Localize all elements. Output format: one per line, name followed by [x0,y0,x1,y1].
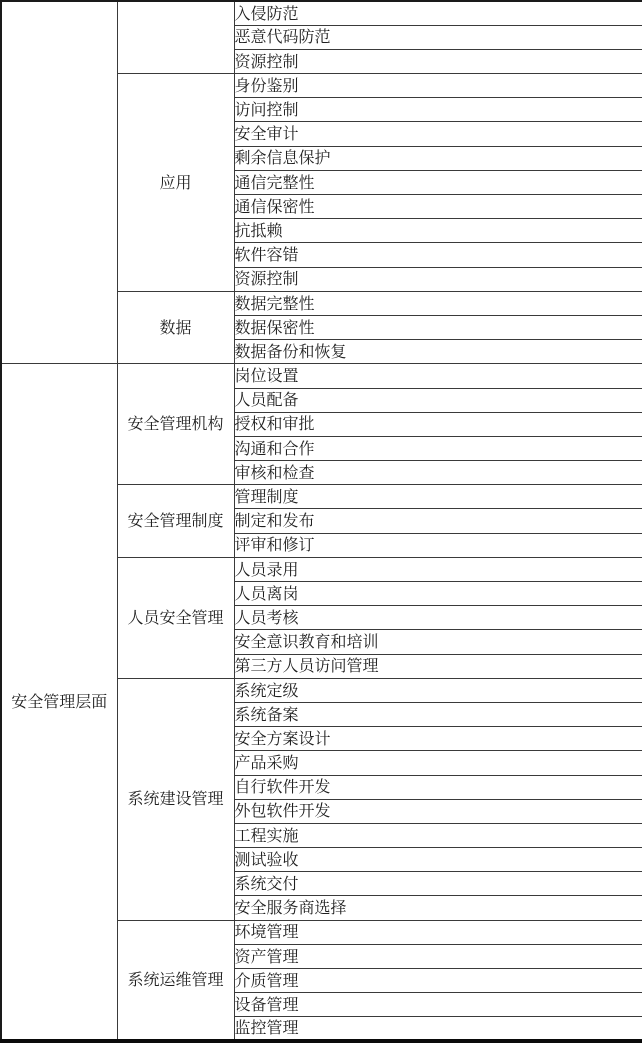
item-cell: 系统定级 [234,678,642,702]
item-cell: 人员录用 [234,557,642,581]
group-cell-construction: 系统建设管理 [117,678,234,920]
item-cell: 制定和发布 [234,509,642,533]
group-cell-application: 应用 [117,74,234,292]
item-cell: 数据保密性 [234,315,642,339]
group-cell-personnel: 人员安全管理 [117,557,234,678]
item-cell: 软件容错 [234,243,642,267]
item-cell: 人员考核 [234,606,642,630]
item-cell: 评审和修订 [234,533,642,557]
item-cell: 审核和检查 [234,461,642,485]
item-cell: 管理制度 [234,485,642,509]
group-cell-org: 安全管理机构 [117,364,234,485]
item-cell: 通信完整性 [234,170,642,194]
item-cell: 介质管理 [234,969,642,993]
item-cell: 恶意代码防范 [234,25,642,49]
layer-cell-continuation [1,1,117,364]
item-cell: 第三方人员访问管理 [234,654,642,678]
item-cell: 系统备案 [234,702,642,726]
item-cell: 通信保密性 [234,195,642,219]
item-cell: 系统交付 [234,872,642,896]
item-cell: 外包软件开发 [234,799,642,823]
item-cell: 授权和审批 [234,412,642,436]
item-cell: 资源控制 [234,267,642,291]
item-cell: 资产管理 [234,944,642,968]
item-cell: 人员配备 [234,388,642,412]
item-cell: 监控管理 [234,1017,642,1041]
item-cell: 工程实施 [234,823,642,847]
item-cell: 沟通和合作 [234,436,642,460]
item-cell: 测试验收 [234,848,642,872]
table-row: 入侵防范 [1,1,642,25]
item-cell: 数据完整性 [234,291,642,315]
item-cell: 产品采购 [234,751,642,775]
item-cell: 设备管理 [234,993,642,1017]
item-cell: 抗抵赖 [234,219,642,243]
item-cell: 安全意识教育和培训 [234,630,642,654]
item-cell: 自行软件开发 [234,775,642,799]
item-cell: 环境管理 [234,920,642,944]
group-cell-data: 数据 [117,291,234,364]
group-cell-continuation [117,1,234,74]
layer-cell-management: 安全管理层面 [1,364,117,1041]
item-cell: 人员离岗 [234,582,642,606]
table-row: 安全管理层面 安全管理机构 岗位设置 [1,364,642,388]
item-cell: 入侵防范 [234,1,642,25]
item-cell: 安全方案设计 [234,727,642,751]
item-cell: 访问控制 [234,98,642,122]
group-cell-policy: 安全管理制度 [117,485,234,558]
item-cell: 安全服务商选择 [234,896,642,920]
item-cell: 资源控制 [234,49,642,73]
item-cell: 剩余信息保护 [234,146,642,170]
item-cell: 身份鉴别 [234,74,642,98]
item-cell: 岗位设置 [234,364,642,388]
security-requirements-table: 入侵防范 恶意代码防范 资源控制 应用 身份鉴别 访问控制 安全审计 剩余信息保… [0,0,642,1043]
item-cell: 安全审计 [234,122,642,146]
group-cell-operations: 系统运维管理 [117,920,234,1041]
item-cell: 数据备份和恢复 [234,340,642,364]
